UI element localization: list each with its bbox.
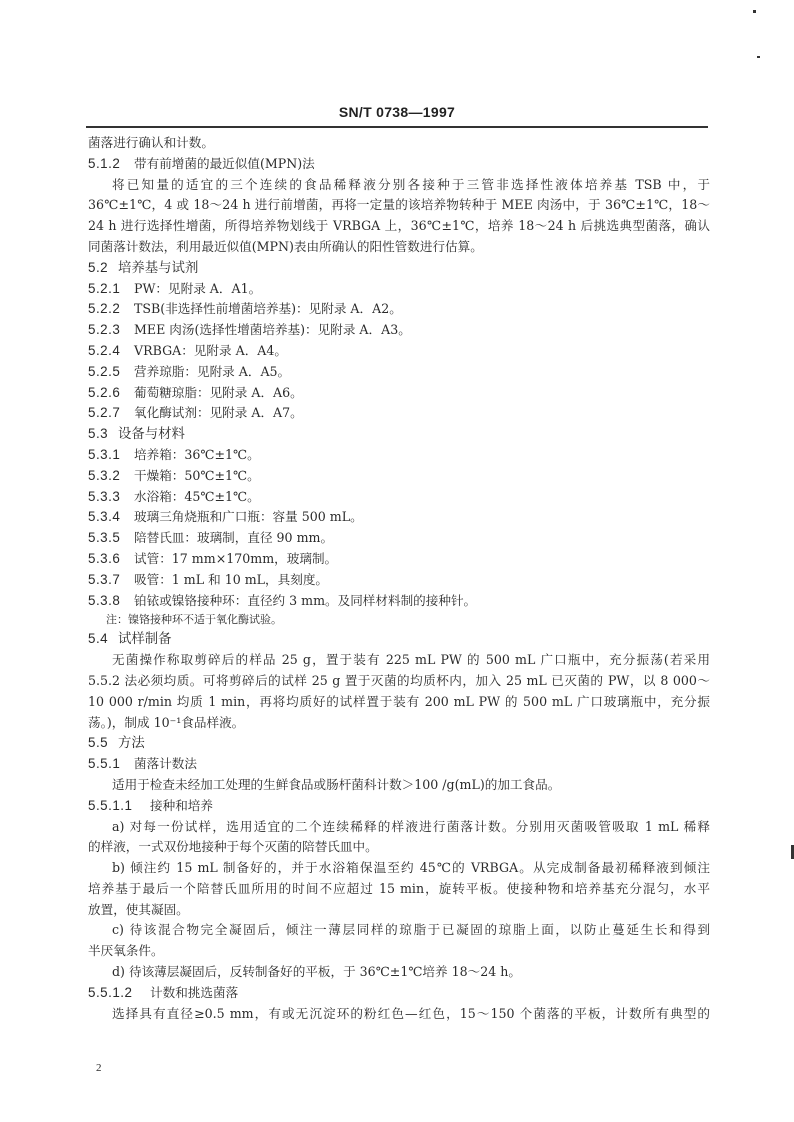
paragraph-text: 的样液，一式双份地接种于每个灭菌的陪替氏皿中。 [88,839,378,854]
paragraph-line: c) 待该混合物完全凝固后，倾注一薄层同样的琼脂于已凝固的琼脂上面，以防止蔓延生… [88,920,710,941]
section-title: 试管：17 mm×170mm，玻璃制。 [134,551,337,566]
section-number: 5.3.5 [88,528,134,549]
paragraph-text: b) 倾注约 15 mL 制备好的，并于水浴箱保温至约 45℃的 VRBGA。从… [112,860,710,875]
paragraph-text: 荡。)，制成 10⁻¹食品样液。 [88,715,244,730]
section-number: 5.5.1 [88,754,134,775]
section-number: 5.2.5 [88,362,134,383]
paragraph-line: 放置，使其凝固。 [88,900,710,921]
paragraph-text: 24 h 进行选择性增菌，所得培养物划线于 VRBGA 上，36℃±1℃，培养 … [88,218,710,233]
paragraph-line: d) 待该薄层凝固后，反转制备好的平板，于 36℃±1℃培养 18～24 h。 [88,962,710,983]
section-title: 方法 [118,735,145,750]
section-number: 5.3.2 [88,466,134,487]
section-title: 培养基与试剂 [118,260,198,275]
scan-mark-top-right [753,10,756,13]
paragraph-line: 将已知量的适宜的三个连续的食品稀释液分别各接种于三管非选择性液体培养基 TSB … [88,175,710,196]
section-number: 5.4 [88,629,118,650]
paragraph-text: 同菌落计数法，利用最近似值(MPN)表由所确认的阳性管数进行估算。 [88,239,483,254]
section-number: 5.2.1 [88,279,134,300]
section-number: 5.3.1 [88,445,134,466]
paragraph-text: 将已知量的适宜的三个连续的食品稀释液分别各接种于三管非选择性液体培养基 TSB … [112,177,710,192]
section-number: 5.3.3 [88,487,134,508]
section-number: 5.2 [88,258,118,279]
section-heading: 5.2培养基与试剂 [88,258,710,279]
paragraph-line: 荡。)，制成 10⁻¹食品样液。 [88,713,710,734]
section-heading: 5.2.5营养琼脂：见附录 A．A5。 [88,362,710,383]
paragraph-text: 放置，使其凝固。 [88,902,189,917]
paragraph-line: b) 倾注约 15 mL 制备好的，并于水浴箱保温至约 45℃的 VRBGA。从… [88,858,710,879]
section-title: 干燥箱：50℃±1℃。 [134,468,260,483]
section-title: 陪替氏皿：玻璃制，直径 90 mm。 [134,530,333,545]
section-heading: 5.2.1PW：见附录 A．A1。 [88,279,710,300]
paragraph-text: 无菌操作称取剪碎后的样品 25 g，置于装有 225 mL PW 的 500 m… [112,652,710,667]
section-title: 试样制备 [118,631,172,646]
section-heading: 5.2.3MEE 肉汤(选择性增菌培养基)：见附录 A．A3。 [88,320,710,341]
paragraph-line: 适用于检查未经加工处理的生鲜食品或肠杆菌科计数＞100 /g(mL)的加工食品。 [88,775,710,796]
scan-mark-top-right-2 [757,56,760,58]
section-number: 5.5 [88,733,118,754]
page-number: 2 [96,1062,102,1074]
section-heading: 5.3.1培养箱：36℃±1℃。 [88,445,710,466]
paragraph-text: 培养基于最后一个陪替氏皿所用的时间不应超过 15 min，旋转平板。使接种物和培… [88,881,710,896]
section-title: 带有前增菌的最近似值(MPN)法 [134,156,315,171]
section-heading: 5.1.2带有前增菌的最近似值(MPN)法 [88,154,710,175]
section-heading: 5.3.6试管：17 mm×170mm，玻璃制。 [88,549,710,570]
note: 注：镍铬接种环不适于氧化酶试验。 [88,611,710,629]
section-heading: 5.3.5陪替氏皿：玻璃制，直径 90 mm。 [88,528,710,549]
paragraph-line: 无菌操作称取剪碎后的样品 25 g，置于装有 225 mL PW 的 500 m… [88,650,710,671]
section-number: 5.3.7 [88,570,134,591]
section-heading: 5.2.2TSB(非选择性前增菌培养基)：见附录 A．A2。 [88,299,710,320]
section-heading: 5.2.7氧化酶试剂：见附录 A．A7。 [88,403,710,424]
section-number: 5.1.2 [88,154,134,175]
section-title: MEE 肉汤(选择性增菌培养基)：见附录 A．A3。 [134,322,411,337]
standard-code-header: SN/T 0738—1997 [86,104,708,120]
section-title: VRBGA：见附录 A．A4。 [134,343,287,358]
paragraph-line: 半厌氧条件。 [88,941,710,962]
section-title: 接种和培养 [150,798,213,813]
section-number: 5.3.8 [88,591,134,612]
section-title: 菌落计数法 [134,756,197,771]
section-heading: 5.3.3水浴箱：45℃±1℃。 [88,487,710,508]
paragraph-text: 半厌氧条件。 [88,943,164,958]
section-heading: 5.3.8铂铱或镍铬接种环：直径约 3 mm。及同样材料制的接种针。 [88,591,710,612]
paragraph-line: 的样液，一式双份地接种于每个灭菌的陪替氏皿中。 [88,837,710,858]
section-heading: 5.2.6葡萄糖琼脂：见附录 A．A6。 [88,383,710,404]
section-title: 葡萄糖琼脂：见附录 A．A6。 [134,385,303,400]
section-number: 5.2.4 [88,341,134,362]
paragraph-text: c) 待该混合物完全凝固后，倾注一薄层同样的琼脂于已凝固的琼脂上面，以防止蔓延生… [112,922,710,937]
paragraph-line: 5.5.2 法必须均质。可将剪碎后的试样 25 g 置于灭菌的均质杯内，加入 2… [88,671,710,692]
section-number: 5.3.4 [88,507,134,528]
header-rule [86,126,708,128]
paragraph-text: 菌落进行确认和计数。 [88,135,214,150]
paragraph-text: d) 待该薄层凝固后，反转制备好的平板，于 36℃±1℃培养 18～24 h。 [112,964,521,979]
section-number: 5.2.2 [88,299,134,320]
section-title: 计数和挑选菌落 [150,985,238,1000]
paragraph-line: 10 000 r/min 均质 1 min，再将均质好的试样置于装有 200 m… [88,692,710,713]
section-heading: 5.5.1.1接种和培养 [88,796,710,817]
section-heading: 5.5方法 [88,733,710,754]
section-heading: 5.3.4玻璃三角烧瓶和广口瓶：容量 500 mL。 [88,507,710,528]
section-title: 水浴箱：45℃±1℃。 [134,489,260,504]
section-title: 设备与材料 [118,426,185,441]
paragraph-line: 24 h 进行选择性增菌，所得培养物划线于 VRBGA 上，36℃±1℃，培养 … [88,216,710,237]
section-title: 玻璃三角烧瓶和广口瓶：容量 500 mL。 [134,509,363,524]
paragraph-text: 5.5.2 法必须均质。可将剪碎后的试样 25 g 置于灭菌的均质杯内，加入 2… [88,673,710,688]
paragraph-text: 36℃±1℃，4 或 18～24 h 进行前增菌，再将一定量的该培养物转种于 M… [88,197,710,212]
section-number: 5.3.6 [88,549,134,570]
document-body: 菌落进行确认和计数。5.1.2带有前增菌的最近似值(MPN)法将已知量的适宜的三… [88,133,710,1024]
section-heading: 5.5.1.2计数和挑选菌落 [88,983,710,1004]
paragraph-text: 适用于检查未经加工处理的生鲜食品或肠杆菌科计数＞100 /g(mL)的加工食品。 [112,777,560,792]
section-heading: 5.2.4VRBGA：见附录 A．A4。 [88,341,710,362]
section-title: PW：见附录 A．A1。 [134,281,261,296]
section-number: 5.5.1.1 [88,796,150,817]
note-text: 注：镍铬接种环不适于氧化酶试验。 [106,613,282,626]
section-number: 5.2.6 [88,383,134,404]
paragraph-line: 36℃±1℃，4 或 18～24 h 进行前增菌，再将一定量的该培养物转种于 M… [88,195,710,216]
section-heading: 5.5.1菌落计数法 [88,754,710,775]
paragraph-text: a) 对每一份试样，选用适宜的二个连续稀释的样液进行菌落计数。分别用灭菌吸管吸取… [112,819,710,834]
paragraph-line: 培养基于最后一个陪替氏皿所用的时间不应超过 15 min，旋转平板。使接种物和培… [88,879,710,900]
section-title: 吸管：1 mL 和 10 mL，具刻度。 [134,572,328,587]
section-title: TSB(非选择性前增菌培养基)：见附录 A．A2。 [134,301,402,316]
section-heading: 5.3.7吸管：1 mL 和 10 mL，具刻度。 [88,570,710,591]
section-title: 铂铱或镍铬接种环：直径约 3 mm。及同样材料制的接种针。 [134,593,476,608]
paragraph-line: 选择具有直径≥0.5 mm，有或无沉淀环的粉红色—红色，15～150 个菌落的平… [88,1004,710,1025]
section-title: 氧化酶试剂：见附录 A．A7。 [134,405,303,420]
paragraph-text: 选择具有直径≥0.5 mm，有或无沉淀环的粉红色—红色，15～150 个菌落的平… [112,1006,710,1021]
section-number: 5.2.7 [88,403,134,424]
paragraph-line: 同菌落计数法，利用最近似值(MPN)表由所确认的阳性管数进行估算。 [88,237,710,258]
section-number: 5.5.1.2 [88,983,150,1004]
paragraph-text: 10 000 r/min 均质 1 min，再将均质好的试样置于装有 200 m… [88,694,710,709]
section-title: 营养琼脂：见附录 A．A5。 [134,364,290,379]
section-number: 5.3 [88,424,118,445]
section-heading: 5.3设备与材料 [88,424,710,445]
paragraph-line: 菌落进行确认和计数。 [88,133,710,154]
section-heading: 5.4试样制备 [88,629,710,650]
section-heading: 5.3.2干燥箱：50℃±1℃。 [88,466,710,487]
section-number: 5.2.3 [88,320,134,341]
paragraph-line: a) 对每一份试样，选用适宜的二个连续稀释的样液进行菌落计数。分别用灭菌吸管吸取… [88,817,710,838]
section-title: 培养箱：36℃±1℃。 [134,447,260,462]
